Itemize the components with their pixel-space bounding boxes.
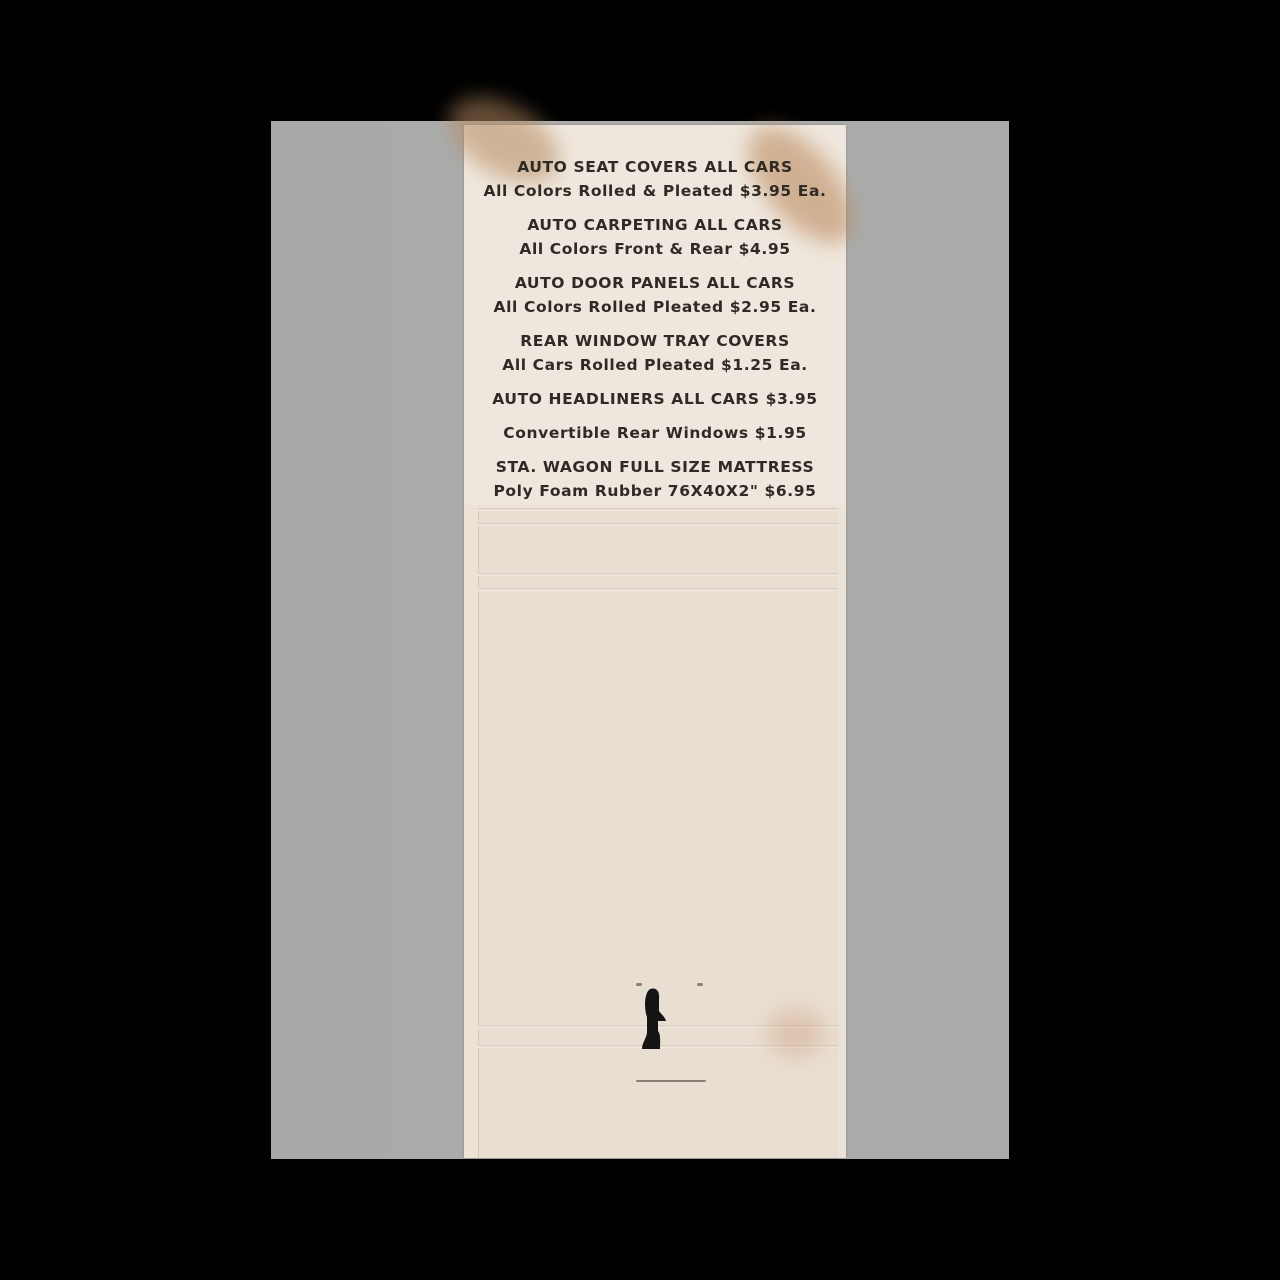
ad-title: AUTO HEADLINERS ALL CARS $3.95 bbox=[464, 387, 846, 411]
ad-title: AUTO SEAT COVERS ALL CARS bbox=[464, 155, 846, 179]
ad-detail: All Cars Rolled Pleated $1.25 Ea. bbox=[464, 353, 846, 377]
staple-hole bbox=[636, 983, 642, 986]
fold-crease bbox=[478, 508, 838, 511]
fold-crease bbox=[478, 588, 838, 591]
matchbook-cover: AUTO SEAT COVERS ALL CARS All Colors Rol… bbox=[464, 125, 846, 1158]
ad-detail: All Colors Rolled & Pleated $3.95 Ea. bbox=[464, 179, 846, 203]
ad-title: REAR WINDOW TRAY COVERS bbox=[464, 329, 846, 353]
ad-detail: All Colors Rolled Pleated $2.95 Ea. bbox=[464, 295, 846, 319]
ad-item-headliners: AUTO HEADLINERS ALL CARS $3.95 bbox=[464, 387, 846, 411]
fold-crease bbox=[478, 523, 838, 526]
ad-title: STA. WAGON FULL SIZE MATTRESS bbox=[464, 455, 846, 479]
ad-detail: All Colors Front & Rear $4.95 bbox=[464, 237, 846, 261]
ad-item-door-panels: AUTO DOOR PANELS ALL CARS All Colors Rol… bbox=[464, 271, 846, 319]
fold-crease bbox=[478, 573, 838, 576]
staple-slot bbox=[636, 1080, 706, 1082]
ad-item-convertible-windows: Convertible Rear Windows $1.95 bbox=[464, 421, 846, 445]
corner-stain bbox=[766, 1008, 826, 1058]
ad-item-seat-covers: AUTO SEAT COVERS ALL CARS All Colors Rol… bbox=[464, 155, 846, 203]
ad-title: AUTO CARPETING ALL CARS bbox=[464, 213, 846, 237]
ad-title: AUTO DOOR PANELS ALL CARS bbox=[464, 271, 846, 295]
ad-item-carpeting: AUTO CARPETING ALL CARS All Colors Front… bbox=[464, 213, 846, 261]
ad-detail: Poly Foam Rubber 76X40X2" $6.95 bbox=[464, 479, 846, 503]
staple-hole bbox=[697, 983, 703, 986]
cover-fold-panel bbox=[478, 508, 838, 1158]
ad-title: Convertible Rear Windows $1.95 bbox=[464, 421, 846, 445]
ad-item-tray-covers: REAR WINDOW TRAY COVERS All Cars Rolled … bbox=[464, 329, 846, 377]
advertisement-list: AUTO SEAT COVERS ALL CARS All Colors Rol… bbox=[464, 155, 846, 513]
striker-ink-mark bbox=[640, 987, 670, 1051]
ad-item-wagon-mattress: STA. WAGON FULL SIZE MATTRESS Poly Foam … bbox=[464, 455, 846, 503]
